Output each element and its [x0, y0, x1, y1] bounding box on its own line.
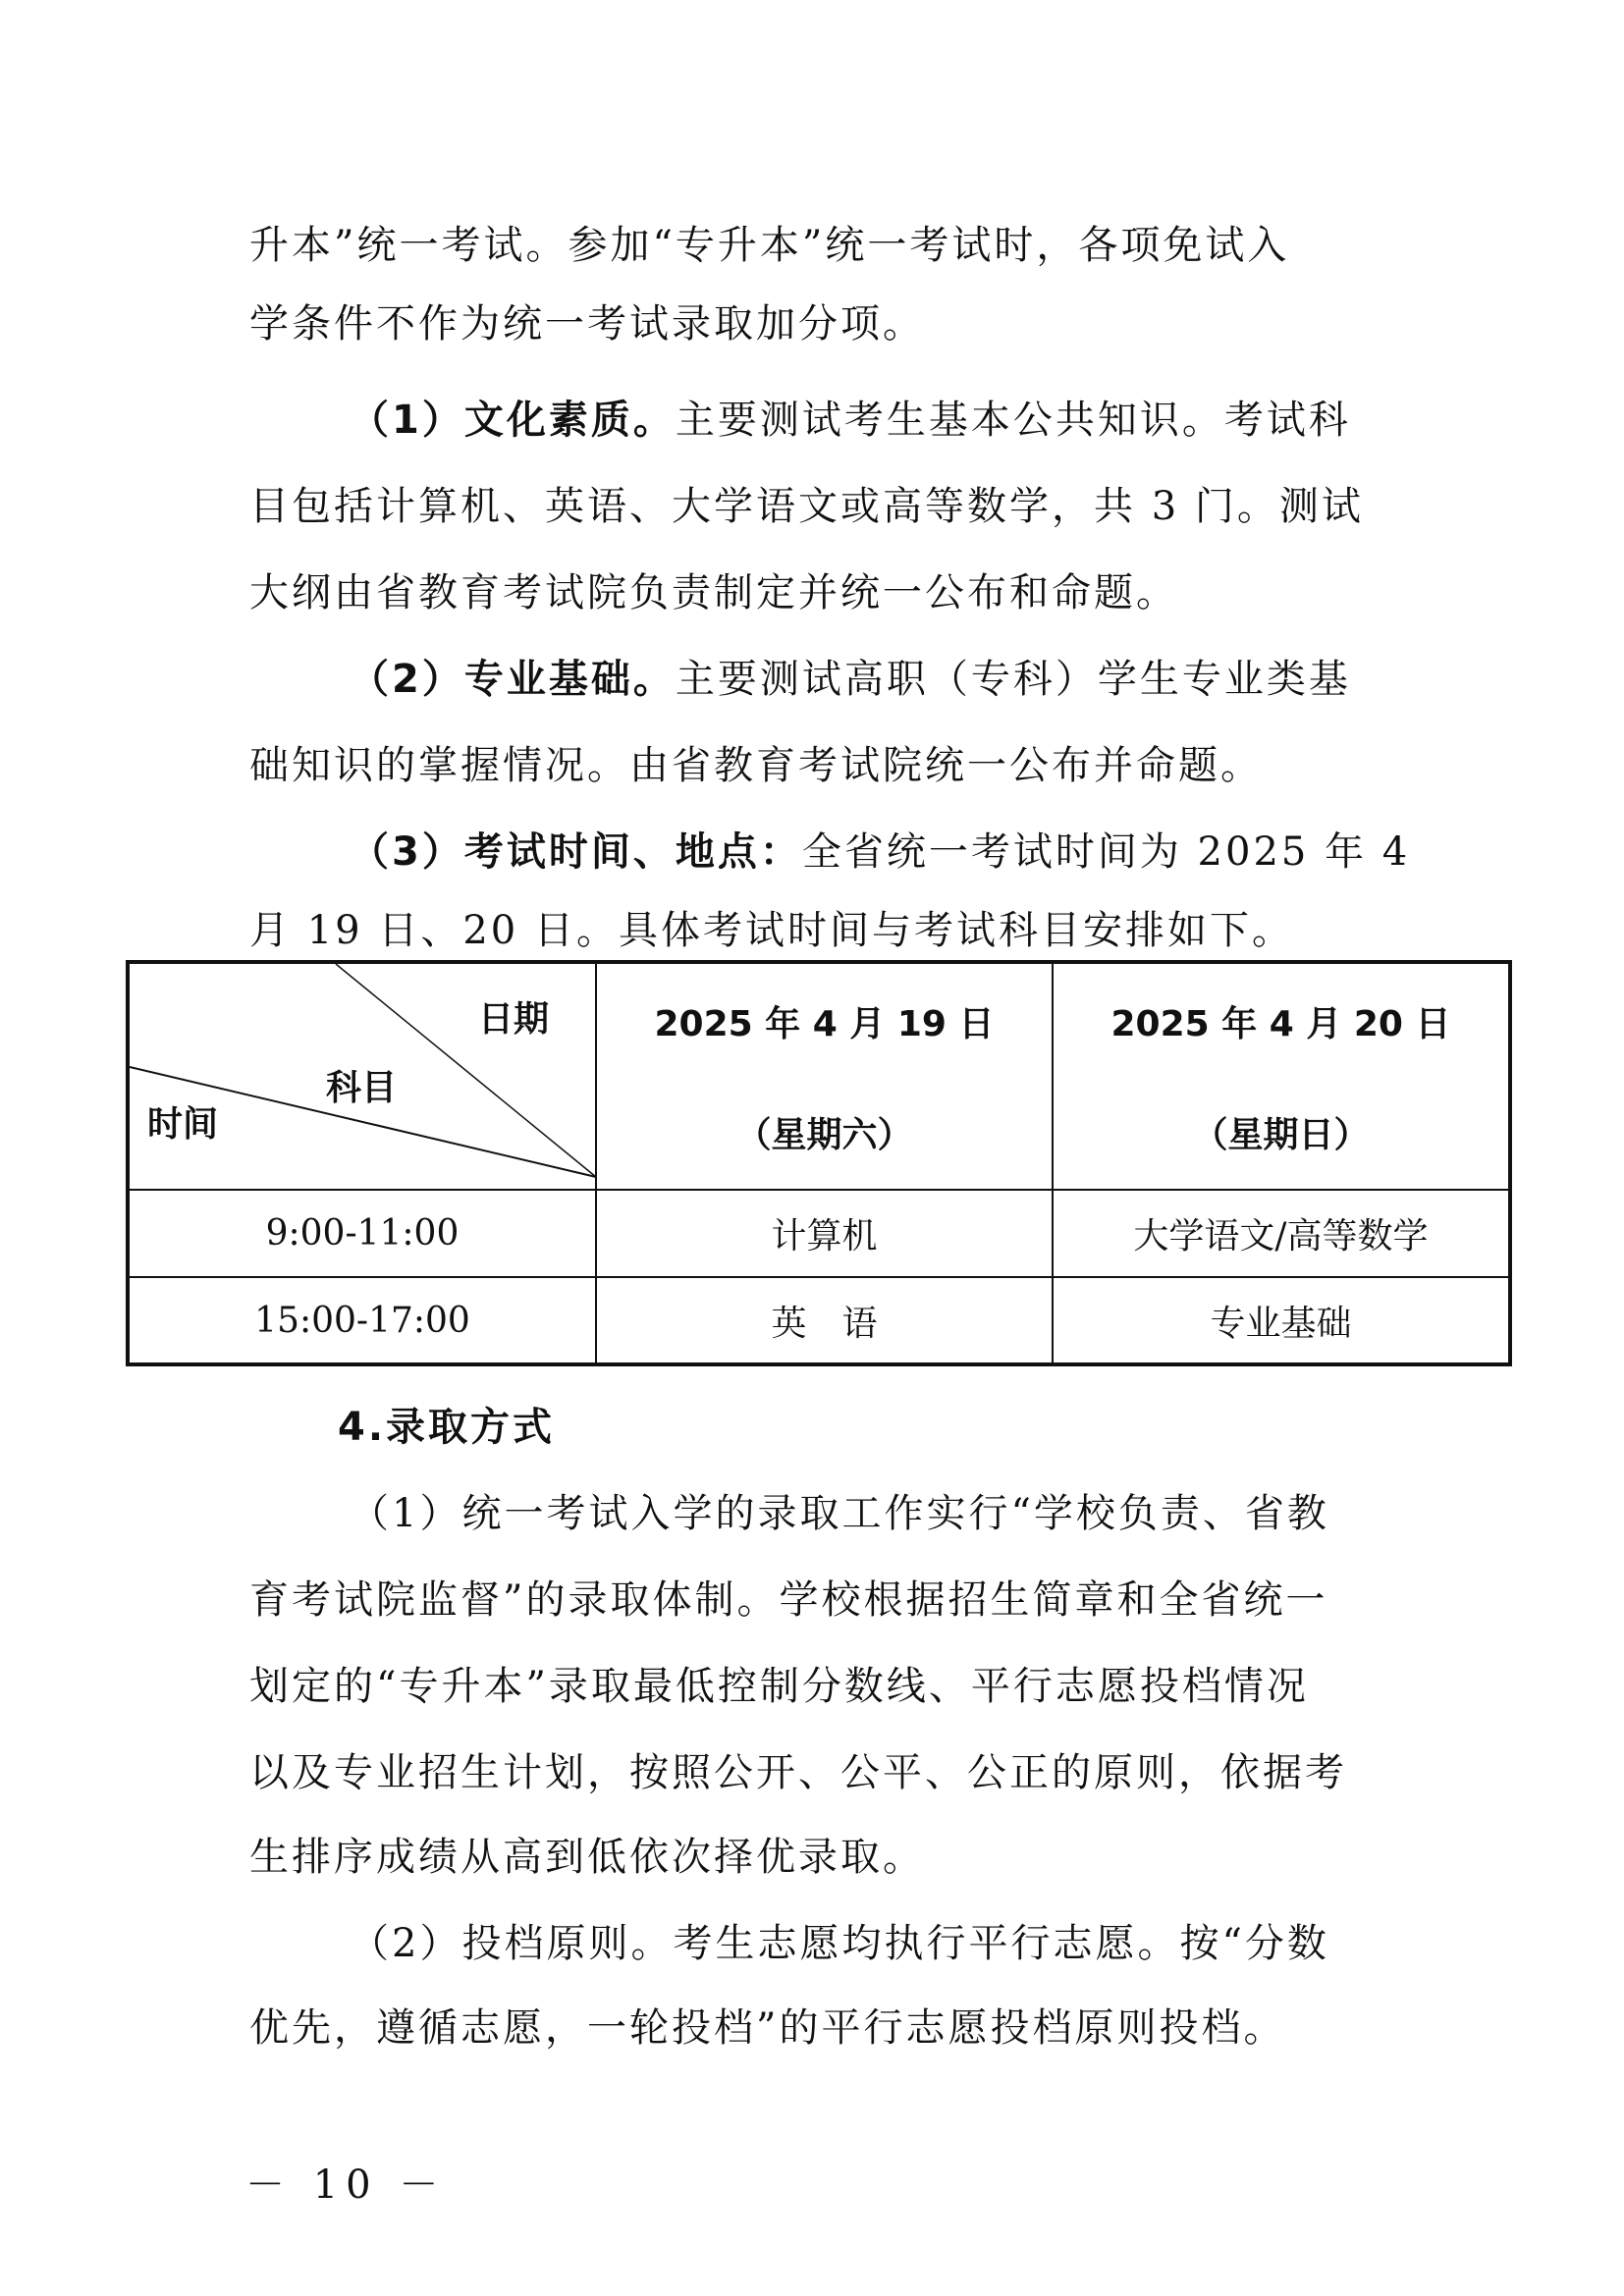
- column-header-day2: 2025 年 4 月 20 日 （星期日）: [1053, 962, 1510, 1190]
- paragraph-heading: （3）考试时间、地点：: [350, 829, 802, 875]
- paragraph-line: 划定的“专升本”录取最低控制分数线、平行志愿投档情况: [249, 1663, 1309, 1710]
- paragraph-line: （2）投档原则。考生志愿均执行平行志愿。按“分数: [350, 1920, 1329, 1967]
- table-row: 15:00-17:00 英 语 专业基础: [128, 1277, 1510, 1364]
- paragraph-line: 月 19 日、20 日。具体考试时间与考试科目安排如下。: [249, 907, 1294, 954]
- corner-label-subject: 科目: [326, 1060, 397, 1110]
- time-cell: 15:00-17:00: [128, 1277, 596, 1364]
- paragraph-culture: （1）文化素质。主要测试考生基本公共知识。考试科: [350, 397, 1351, 444]
- exam-schedule-table: 日期 科目 时间 2025 年 4 月 19 日 （星期六） 2025 年 4 …: [126, 960, 1508, 1362]
- paragraph-heading: （2）专业基础。: [350, 657, 676, 702]
- paragraph-line: 目包括计算机、英语、大学语文或高等数学，共 3 门。测试: [249, 483, 1364, 530]
- paragraph-line: 大纲由省教育考试院负责制定并统一公布和命题。: [249, 569, 1178, 616]
- weekday-label: （星期日）: [1192, 1115, 1369, 1155]
- table-header-row: 日期 科目 时间 2025 年 4 月 19 日 （星期六） 2025 年 4 …: [128, 962, 1510, 1190]
- paragraph-text: 全省统一考试时间为 2025 年 4: [802, 829, 1410, 875]
- time-cell: 9:00-11:00: [128, 1190, 596, 1277]
- column-header-day1: 2025 年 4 月 19 日 （星期六）: [596, 962, 1053, 1190]
- subject-cell: 专业基础: [1053, 1277, 1510, 1364]
- section-title: 4.录取方式: [338, 1404, 555, 1451]
- paragraph-line: 础知识的掌握情况。由省教育考试院统一公布并命题。: [249, 742, 1263, 789]
- date-label: 2025 年 4 月 19 日: [597, 996, 1052, 1046]
- corner-label-date: 日期: [478, 991, 549, 1041]
- subject-cell: 大学语文/高等数学: [1053, 1190, 1510, 1277]
- paragraph-major-basics: （2）专业基础。主要测试高职（专科）学生专业类基: [350, 656, 1351, 703]
- page-number: － 10 －: [245, 2154, 446, 2210]
- paragraph-line: （1）统一考试入学的录取工作实行“学校负责、省教: [350, 1490, 1329, 1537]
- subject-cell: 英 语: [596, 1277, 1053, 1364]
- table-row: 9:00-11:00 计算机 大学语文/高等数学: [128, 1190, 1510, 1277]
- diagonal-corner-cell: 日期 科目 时间: [128, 962, 596, 1190]
- paragraph-heading: （1）文化素质。: [350, 398, 676, 443]
- corner-label-time: 时间: [147, 1096, 218, 1147]
- paragraph-line: 优先，遵循志愿，一轮投档”的平行志愿投档原则投档。: [249, 2004, 1285, 2052]
- paragraph-exam-time: （3）考试时间、地点：全省统一考试时间为 2025 年 4: [350, 828, 1410, 876]
- paragraph-line: 生排序成绩从高到低依次择优录取。: [249, 1834, 925, 1881]
- paragraph-text: 主要测试高职（专科）学生专业类基: [676, 657, 1351, 702]
- paragraph-line: 学条件不作为统一考试录取加分项。: [249, 300, 925, 347]
- subject-cell: 计算机: [596, 1190, 1053, 1277]
- paragraph-line: 升本”统一考试。参加“专升本”统一考试时，各项免试入: [249, 222, 1289, 269]
- paragraph-line: 以及专业招生计划，按照公开、公平、公正的原则，依据考: [249, 1749, 1347, 1796]
- date-label: 2025 年 4 月 20 日: [1054, 996, 1508, 1046]
- paragraph-line: 育考试院监督”的录取体制。学校根据招生简章和全省统一: [249, 1576, 1327, 1624]
- paragraph-text: 主要测试考生基本公共知识。考试科: [676, 398, 1351, 443]
- schedule-table: 日期 科目 时间 2025 年 4 月 19 日 （星期六） 2025 年 4 …: [126, 960, 1512, 1366]
- weekday-label: （星期六）: [735, 1115, 912, 1155]
